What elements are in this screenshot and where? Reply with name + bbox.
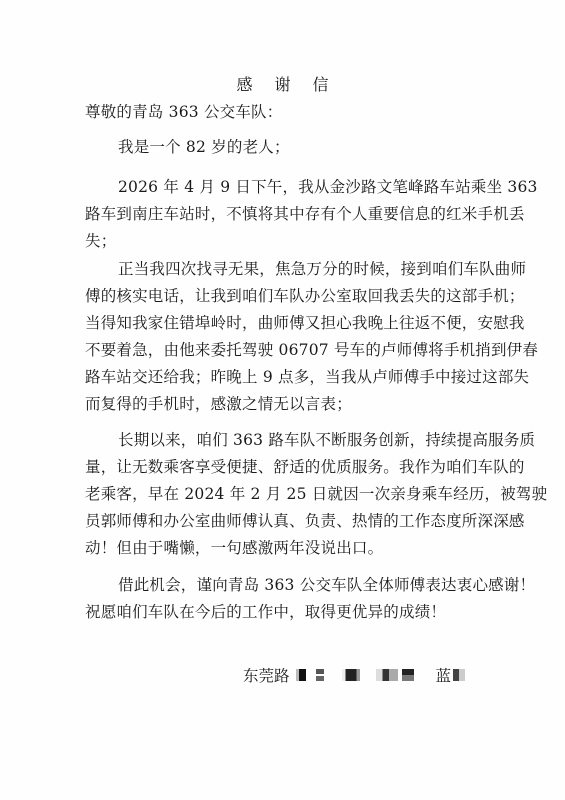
body-line-4: 失； [85, 231, 116, 251]
redaction-block [296, 669, 306, 681]
body-line-16: 借此机会，谨向青岛 363 公交车队全体师傅表达衷心感谢！ [118, 575, 535, 595]
body-line-17: 祝愿咱们车队在今后的工作中，取得更优异的成绩！ [85, 602, 446, 622]
signature-address: 东莞路 [243, 664, 290, 686]
body-line-5: 正当我四次找寻无果，焦急万分的时候，接到咱们车队曲师 [118, 259, 526, 279]
letter-title: 感谢信 [0, 72, 565, 95]
body-line-12: 量，让无数乘客享受便捷、舒适的优质服务。我作为咱们车队的 [85, 457, 525, 477]
redaction-block [402, 669, 414, 681]
salutation: 尊敬的青岛 363 公交车队： [85, 102, 282, 122]
redaction-block [316, 669, 324, 681]
body-line-14: 员郭师傅和办公室曲师傅认真、负责、热情的工作态度所深深感 [85, 511, 525, 531]
body-line-11: 长期以来，咱们 363 路车队不断服务创新，持续提高服务质 [118, 430, 535, 450]
body-line-1: 我是一个 82 岁的老人； [118, 137, 290, 157]
signature: 东莞路 蓝 [243, 664, 465, 686]
body-line-2: 2026 年 4 月 9 日下午，我从金沙路文笔峰路车站乘坐 363 [118, 177, 538, 197]
redaction-block [376, 669, 398, 681]
signature-name: 蓝 [436, 664, 452, 686]
body-line-13: 老乘客，早在 2024 年 2 月 25 日就因一次亲身乘车经历，被驾驶 [85, 484, 547, 504]
letter-page: 感谢信 尊敬的青岛 363 公交车队： 我是一个 82 岁的老人； 2026 年… [0, 0, 565, 800]
body-line-10: 而复得的手机时，感激之情无以言表； [85, 394, 352, 414]
body-line-7: 当得知我家住错埠岭时，曲师傅又担心我晚上往返不便，安慰我 [85, 313, 525, 333]
body-line-9: 路车站交还给我；昨晚上 9 点多，当我从卢师傅手中接过这部失 [85, 367, 529, 387]
body-line-15: 动！但由于嘴懒，一句感激两年没说出口。 [85, 538, 383, 558]
body-line-6: 傅的核实电话，让我到咱们车队办公室取回我丢失的这部手机； [85, 286, 525, 306]
body-line-8: 不要着急，由他来委托驾驶 06707 号车的卢师傅将手机捎到伊春 [85, 340, 538, 360]
redaction-block [342, 669, 360, 681]
redaction-block [453, 669, 465, 681]
body-line-3: 路车到南庄车站时，不慎将其中存有个人重要信息的红米手机丢 [85, 204, 525, 224]
